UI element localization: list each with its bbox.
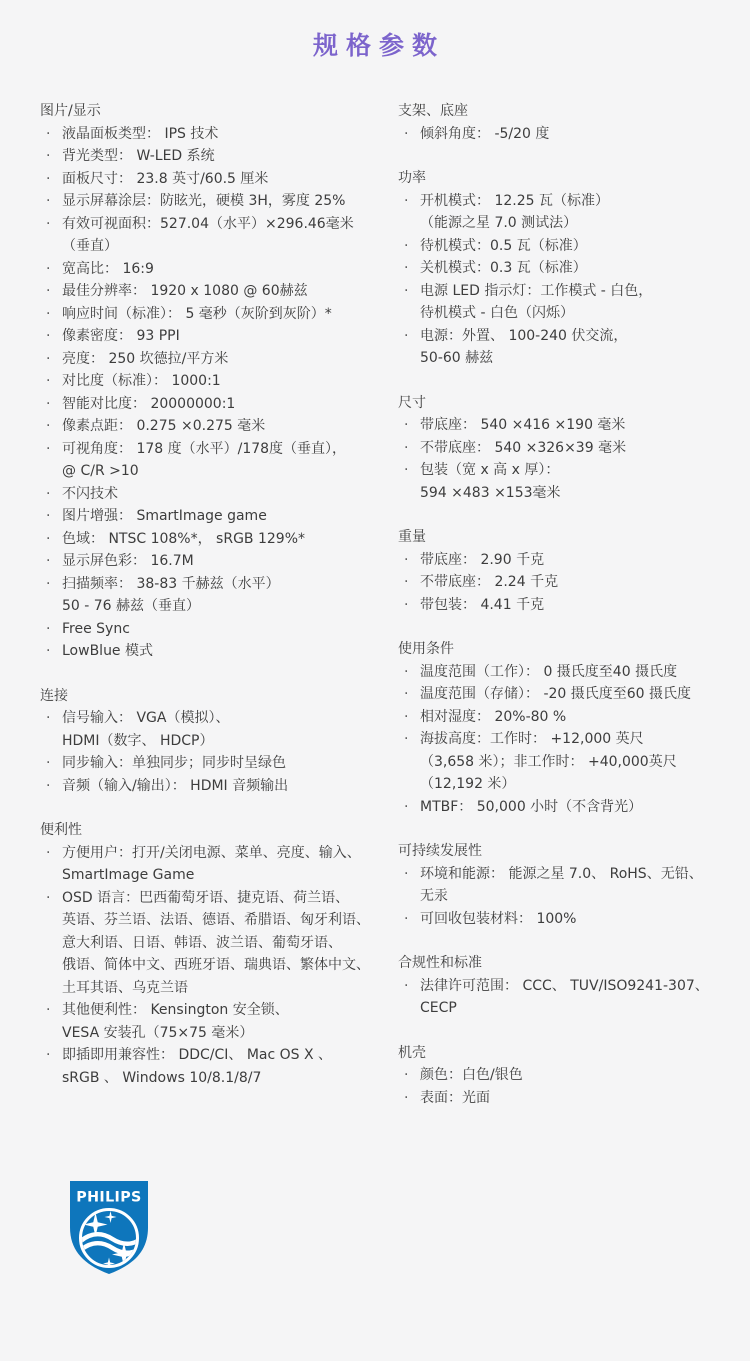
section-dimensions: 尺寸带底座： 540 ×416 ×190 毫米不带底座： 540 ×326×39…: [398, 392, 748, 505]
spec-item: 颜色：白色/银色: [398, 1064, 748, 1087]
spec-item: 温度范围（工作）： 0 摄氏度至40 摄氏度: [398, 661, 748, 684]
spec-list: 方便用户：打开/关闭电源、菜单、亮度、输入、 SmartImage GameOS…: [40, 842, 390, 1090]
spec-item: 显示屏幕涂层：防眩光，硬模 3H，雾度 25%: [40, 190, 390, 213]
page-title: 规格参数: [0, 0, 750, 62]
section-heading: 重量: [398, 526, 748, 549]
section-heading: 可持续发展性: [398, 840, 748, 863]
spec-item: 法律许可范围： CCC、 TUV/ISO9241-307、 CECP: [398, 975, 748, 1020]
spec-item: LowBlue 模式: [40, 640, 390, 663]
spec-item: 显示屏色彩： 16.7M: [40, 550, 390, 573]
section-heading: 图片/显示: [40, 100, 390, 123]
spec-item: 信号输入： VGA（模拟）、 HDMI（数字、 HDCP）: [40, 707, 390, 752]
section-heading: 使用条件: [398, 638, 748, 661]
section-convenience: 便利性方便用户：打开/关闭电源、菜单、亮度、输入、 SmartImage Gam…: [40, 819, 390, 1089]
spec-item: 表面：光面: [398, 1087, 748, 1110]
section-heading: 尺寸: [398, 392, 748, 415]
spec-item: 背光类型： W-LED 系统: [40, 145, 390, 168]
spec-item: 电源：外置、 100-240 伏交流， 50-60 赫兹: [398, 325, 748, 370]
left-column: 图片/显示液晶面板类型： IPS 技术背光类型： W-LED 系统面板尺寸： 2…: [40, 100, 390, 1109]
section-compliance: 合规性和标准法律许可范围： CCC、 TUV/ISO9241-307、 CECP: [398, 952, 748, 1020]
spec-list: 法律许可范围： CCC、 TUV/ISO9241-307、 CECP: [398, 975, 748, 1020]
spec-item: 图片增强： SmartImage game: [40, 505, 390, 528]
section-heading: 连接: [40, 685, 390, 708]
philips-shield-icon: PHILIPS: [67, 1179, 151, 1276]
section-sustainability: 可持续发展性环境和能源： 能源之星 7.0、 RoHS、无铅、 无汞可回收包装材…: [398, 840, 748, 930]
spec-list: 倾斜角度： -5/20 度: [398, 123, 748, 146]
spec-list: 颜色：白色/银色表面：光面: [398, 1064, 748, 1109]
section-picture-display: 图片/显示液晶面板类型： IPS 技术背光类型： W-LED 系统面板尺寸： 2…: [40, 100, 390, 663]
section-heading: 便利性: [40, 819, 390, 842]
spec-item: 不带底座： 2.24 千克: [398, 571, 748, 594]
spec-item: 相对湿度： 20%-80 %: [398, 706, 748, 729]
spec-item: 倾斜角度： -5/20 度: [398, 123, 748, 146]
spec-item: 方便用户：打开/关闭电源、菜单、亮度、输入、 SmartImage Game: [40, 842, 390, 887]
section-stand-base: 支架、底座倾斜角度： -5/20 度: [398, 100, 748, 145]
section-power: 功率开机模式： 12.25 瓦（标准） （能源之星 7.0 测试法）待机模式：0…: [398, 167, 748, 370]
section-operating-conditions: 使用条件温度范围（工作）： 0 摄氏度至40 摄氏度温度范围（存储）： -20 …: [398, 638, 748, 818]
spec-item: 同步输入：单独同步；同步时呈绿色: [40, 752, 390, 775]
spec-item: 即插即用兼容性： DDC/CI、 Mac OS X 、 sRGB 、 Windo…: [40, 1044, 390, 1089]
spec-item: 带包装： 4.41 千克: [398, 594, 748, 617]
spec-item: 开机模式： 12.25 瓦（标准） （能源之星 7.0 测试法）: [398, 190, 748, 235]
spec-item: 包装（宽 x 高 x 厚）： 594 ×483 ×153毫米: [398, 459, 748, 504]
philips-wordmark: PHILIPS: [76, 1189, 141, 1205]
spec-list: 开机模式： 12.25 瓦（标准） （能源之星 7.0 测试法）待机模式：0.5…: [398, 190, 748, 370]
spec-item: 海拔高度：工作时： +12,000 英尺 （3,658 米）；非工作时： +40…: [398, 728, 748, 796]
spec-item: Free Sync: [40, 618, 390, 641]
right-column: 支架、底座倾斜角度： -5/20 度功率开机模式： 12.25 瓦（标准） （能…: [398, 100, 748, 1109]
section-heading: 支架、底座: [398, 100, 748, 123]
spec-item: 扫描频率： 38-83 千赫兹（水平） 50 - 76 赫兹（垂直）: [40, 573, 390, 618]
spec-list: 带底座： 540 ×416 ×190 毫米不带底座： 540 ×326×39 毫…: [398, 414, 748, 504]
spec-item: 有效可视面积：527.04（水平）×296.46毫米 （垂直）: [40, 213, 390, 258]
spec-item: 响应时间（标准）： 5 毫秒（灰阶到灰阶）*: [40, 303, 390, 326]
spec-item: 环境和能源： 能源之星 7.0、 RoHS、无铅、 无汞: [398, 863, 748, 908]
spec-item: 电源 LED 指示灯：工作模式 - 白色， 待机模式 - 白色（闪烁）: [398, 280, 748, 325]
spec-columns: 图片/显示液晶面板类型： IPS 技术背光类型： W-LED 系统面板尺寸： 2…: [0, 100, 750, 1109]
spec-item: 对比度（标准）： 1000:1: [40, 370, 390, 393]
spec-item: 温度范围（存储）： -20 摄氏度至60 摄氏度: [398, 683, 748, 706]
section-weight: 重量带底座： 2.90 千克不带底座： 2.24 千克带包装： 4.41 千克: [398, 526, 748, 616]
philips-logo: PHILIPS: [67, 1179, 151, 1276]
spec-list: 信号输入： VGA（模拟）、 HDMI（数字、 HDCP）同步输入：单独同步；同…: [40, 707, 390, 797]
section-heading: 合规性和标准: [398, 952, 748, 975]
spec-list: 带底座： 2.90 千克不带底座： 2.24 千克带包装： 4.41 千克: [398, 549, 748, 617]
spec-item: 不带底座： 540 ×326×39 毫米: [398, 437, 748, 460]
spec-item: 关机模式：0.3 瓦（标准）: [398, 257, 748, 280]
spec-item: 音频（输入/输出）： HDMI 音频输出: [40, 775, 390, 798]
spec-item: MTBF： 50,000 小时（不含背光）: [398, 796, 748, 819]
spec-item: 其他便利性： Kensington 安全锁、 VESA 安装孔（75×75 毫米…: [40, 999, 390, 1044]
section-cabinet: 机壳颜色：白色/银色表面：光面: [398, 1042, 748, 1110]
section-heading: 功率: [398, 167, 748, 190]
spec-item: 像素点距： 0.275 ×0.275 毫米: [40, 415, 390, 438]
spec-item: 可视角度： 178 度（水平）/178度（垂直）， @ C/R >10: [40, 438, 390, 483]
spec-item: 亮度： 250 坎德拉/平方米: [40, 348, 390, 371]
spec-item: 不闪技术: [40, 483, 390, 506]
spec-item: 面板尺寸： 23.8 英寸/60.5 厘米: [40, 168, 390, 191]
spec-item: 液晶面板类型： IPS 技术: [40, 123, 390, 146]
spec-item: 智能对比度： 20000000:1: [40, 393, 390, 416]
spec-item: OSD 语言：巴西葡萄牙语、捷克语、荷兰语、 英语、芬兰语、法语、德语、希腊语、…: [40, 887, 390, 1000]
spec-item: 待机模式：0.5 瓦（标准）: [398, 235, 748, 258]
spec-list: 环境和能源： 能源之星 7.0、 RoHS、无铅、 无汞可回收包装材料： 100…: [398, 863, 748, 931]
spec-item: 宽高比： 16:9: [40, 258, 390, 281]
spec-item: 最佳分辨率： 1920 x 1080 @ 60赫兹: [40, 280, 390, 303]
spec-item: 像素密度： 93 PPI: [40, 325, 390, 348]
spec-list: 液晶面板类型： IPS 技术背光类型： W-LED 系统面板尺寸： 23.8 英…: [40, 123, 390, 663]
spec-list: 温度范围（工作）： 0 摄氏度至40 摄氏度温度范围（存储）： -20 摄氏度至…: [398, 661, 748, 819]
spec-item: 带底座： 540 ×416 ×190 毫米: [398, 414, 748, 437]
spec-item: 色域： NTSC 108%*， sRGB 129%*: [40, 528, 390, 551]
section-connectivity: 连接信号输入： VGA（模拟）、 HDMI（数字、 HDCP）同步输入：单独同步…: [40, 685, 390, 798]
spec-item: 可回收包装材料： 100%: [398, 908, 748, 931]
spec-item: 带底座： 2.90 千克: [398, 549, 748, 572]
section-heading: 机壳: [398, 1042, 748, 1065]
